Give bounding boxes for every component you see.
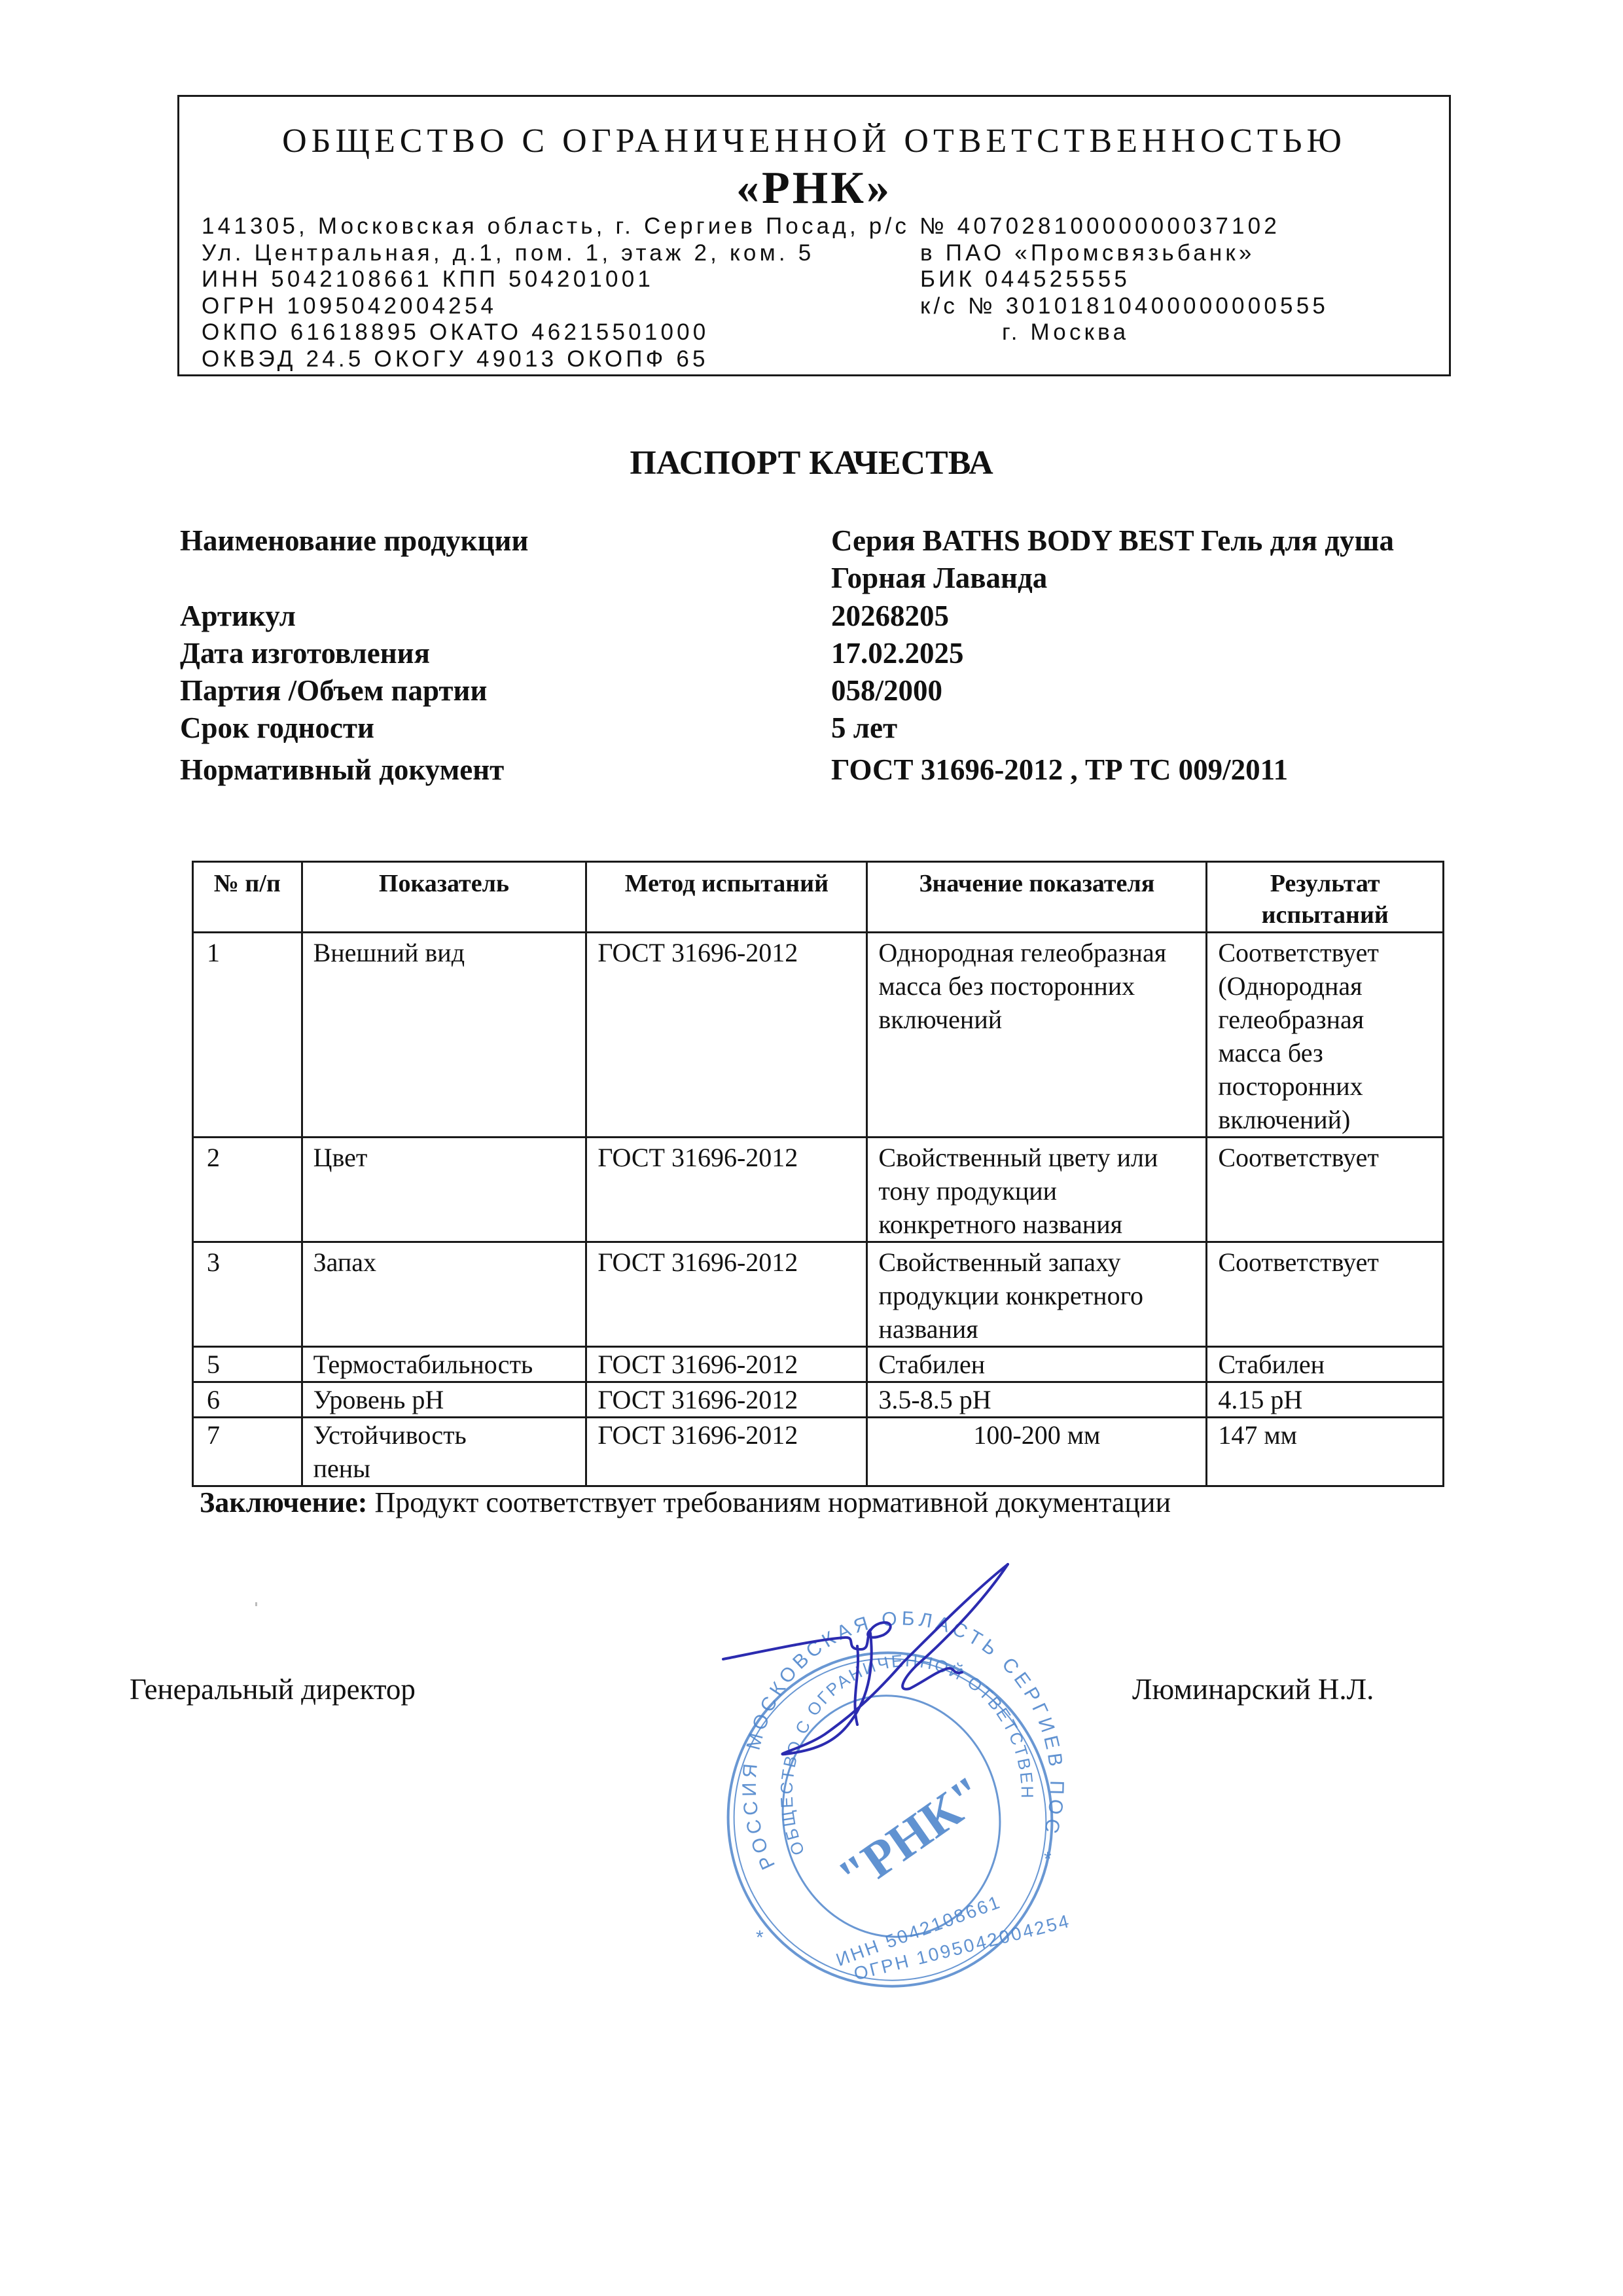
cell-result: Соответствует (Однородная гелеобразная м… [1207,933,1444,1138]
signatory-role: Генеральный директор [130,1672,416,1706]
cell-result: Стабилен [1207,1347,1444,1382]
cell-result: 147 мм [1207,1418,1444,1486]
info-value: Серия BATHS BODY BEST Гель для душа Горн… [831,522,1407,597]
corr-account-line: к/с № 30101810400000000555 [920,293,1329,320]
cell-result: Соответствует [1207,1138,1444,1242]
header-method: Метод испытаний [586,862,867,933]
cell-num: 6 [193,1382,302,1418]
cell-indicator: Запах [302,1242,586,1347]
info-label: Срок годности [180,709,374,747]
cell-norm: Однородная гелеобразная масса без постор… [867,933,1207,1138]
bank-details: в ПАО «Промсвязьбанк»БИК 044525555к/с № … [920,240,1329,346]
info-label: Партия /Объем партии [180,672,487,709]
cell-method: ГОСТ 31696-2012 [586,1382,867,1418]
cell-method: ГОСТ 31696-2012 [586,1418,867,1486]
cell-num: 5 [193,1347,302,1382]
stamp-star-icon: * [756,1927,764,1948]
cell-norm: 100-200 мм [867,1418,1207,1486]
conclusion-label: Заключение: [200,1486,367,1518]
scan-speck [255,1602,257,1606]
table-row: 5 Термостабильность ГОСТ 31696-2012 Стаб… [193,1347,1444,1382]
document-title: ПАСПОРТ КАЧЕСТВА [0,444,1623,482]
cell-method: ГОСТ 31696-2012 [586,1242,867,1347]
info-value: 058/2000 [831,672,1420,709]
cell-indicator: Внешний вид [302,933,586,1138]
conclusion: Заключение: Продукт соответствует требов… [200,1486,1171,1519]
org-form-title: ОБЩЕСТВО С ОГРАНИЧЕННОЙ ОТВЕТСТВЕННОСТЬЮ [179,122,1449,160]
cell-indicator: Цвет [302,1138,586,1242]
cell-result: Соответствует [1207,1242,1444,1347]
header-result: Результат испытаний [1207,862,1444,933]
cell-indicator: Уровень pH [302,1382,586,1418]
bank-city-line: г. Москва [920,319,1129,346]
company-stamp: РОССИЯ МОСКОВСКАЯ ОБЛАСТЬ СЕРГИЕВ ПОСАД … [694,1558,1119,1990]
info-label: Наименование продукции [180,522,528,560]
info-label: Дата изготовления [180,635,430,672]
table-row: 7 Устойчивость пены ГОСТ 31696-2012 100-… [193,1418,1444,1486]
info-label: Нормативный документ [180,751,504,789]
signatory-name: Люминарский Н.Л. [1132,1672,1374,1706]
okved-line: ОКВЭД 24.5 ОКОГУ 49013 ОКОПФ 65 [202,346,1280,373]
cell-num: 3 [193,1242,302,1347]
info-label: Артикул [180,598,296,635]
bank-name-line: в ПАО «Промсвязьбанк» [920,240,1329,267]
cell-num: 2 [193,1138,302,1242]
info-value: 20268205 [831,598,1420,635]
conclusion-text: Продукт соответствует требованиям нормат… [367,1486,1171,1518]
org-name: «РНК» [179,162,1449,215]
info-value: ГОСТ 31696-2012 , ТР ТС 009/2011 [831,751,1420,789]
header-indicator: Показатель [302,862,586,933]
cell-norm: Свойственный запаху продукции конкретног… [867,1242,1207,1347]
quality-table: № п/п Показатель Метод испытаний Значени… [192,861,1444,1487]
cell-norm: Стабилен [867,1347,1207,1382]
cell-method: ГОСТ 31696-2012 [586,1138,867,1242]
table-row: 6 Уровень pH ГОСТ 31696-2012 3.5-8.5 pH … [193,1382,1444,1418]
cell-method: ГОСТ 31696-2012 [586,933,867,1138]
cell-norm: Свойственный цвету или тону продукции ко… [867,1138,1207,1242]
table-header-row: № п/п Показатель Метод испытаний Значени… [193,862,1444,933]
cell-result: 4.15 pH [1207,1382,1444,1418]
header-num: № п/п [193,862,302,933]
table-row: 2 Цвет ГОСТ 31696-2012 Свойственный цвет… [193,1138,1444,1242]
cell-method: ГОСТ 31696-2012 [586,1347,867,1382]
address-line-1: 141305, Московская область, г. Сергиев П… [202,213,1280,240]
cell-indicator: Термостабильность [302,1347,586,1382]
header-norm: Значение показателя [867,862,1207,933]
table-row: 3 Запах ГОСТ 31696-2012 Свойственный зап… [193,1242,1444,1347]
cell-num: 7 [193,1418,302,1486]
stamp-center-text: "РНК" [828,1765,995,1906]
cell-norm: 3.5-8.5 pH [867,1382,1207,1418]
cell-indicator: Устойчивость пены [302,1418,586,1486]
stamp-star-icon: * [1044,1848,1052,1870]
info-value: 17.02.2025 [831,635,1420,672]
info-value: 5 лет [831,709,1420,747]
table-row: 1 Внешний вид ГОСТ 31696-2012 Однородная… [193,933,1444,1138]
cell-num: 1 [193,933,302,1138]
bik-line: БИК 044525555 [920,266,1329,293]
letterhead-box: ОБЩЕСТВО С ОГРАНИЧЕННОЙ ОТВЕТСТВЕННОСТЬЮ… [177,95,1451,376]
